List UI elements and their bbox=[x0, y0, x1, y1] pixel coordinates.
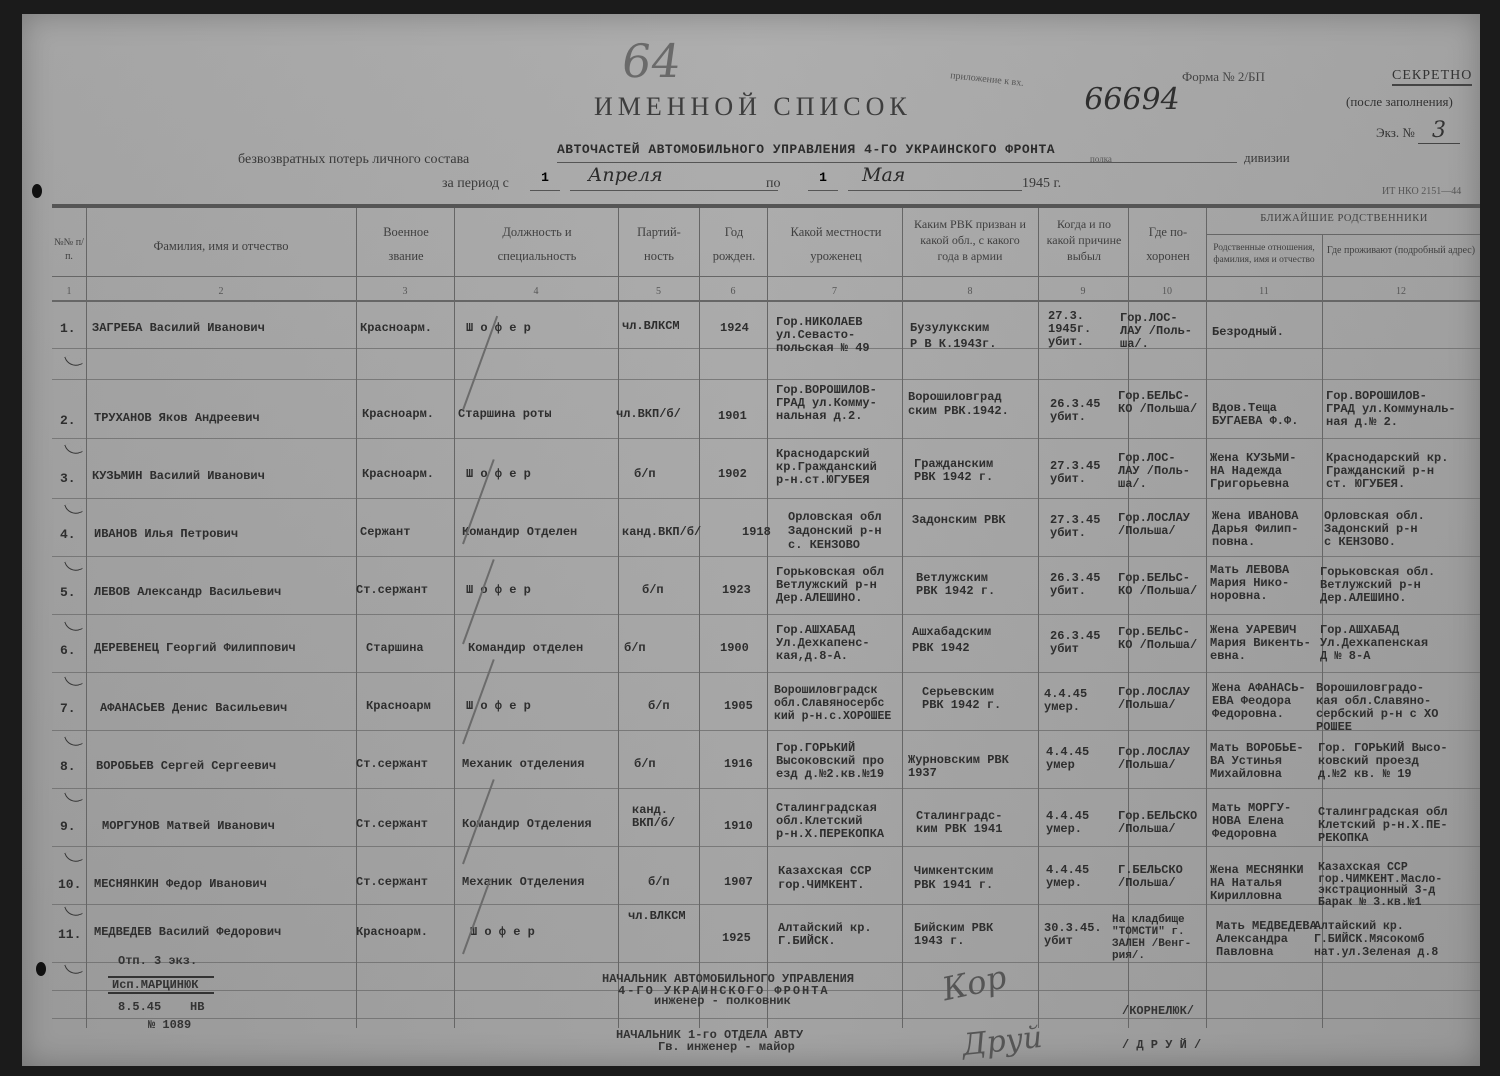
row-rule bbox=[52, 904, 1480, 905]
row-party: чл.ВЛКСМ bbox=[628, 910, 686, 923]
row-relatives: Безродный. bbox=[1212, 326, 1284, 339]
row-rank: Красноарм bbox=[366, 700, 431, 713]
row-when-why: 4.4.45 умер. bbox=[1046, 864, 1089, 890]
row-name: МЕСНЯНКИН Федор Иванович bbox=[94, 878, 267, 891]
date-initials: 8.5.45 НВ bbox=[118, 1000, 204, 1014]
unit-name: АВТОЧАСТЕЙ АВТОМОБИЛЬНОГО УПРАВЛЕНИЯ 4-Г… bbox=[557, 142, 1237, 163]
row-when-why: 30.3.45. убит bbox=[1044, 922, 1102, 948]
copies-note: Отп. 3 экз. bbox=[118, 954, 197, 968]
copy-label: Экз. № bbox=[1376, 125, 1415, 140]
header-relatives-group: БЛИЖАЙШИЕ РОДСТВЕННИКИ bbox=[1208, 212, 1480, 226]
row-rule bbox=[52, 348, 1480, 349]
row-birth-year: 1923 bbox=[722, 584, 751, 597]
checkmark-icon bbox=[64, 500, 83, 517]
header-address: Где проживают (подробный адрес) bbox=[1326, 244, 1476, 258]
header-when-why: Когда и по какой причине выбыл bbox=[1044, 216, 1124, 264]
row-rule bbox=[52, 846, 1480, 847]
executor-note: Исп.МАРЦИНЮК bbox=[108, 976, 214, 994]
row-name: ДЕРЕВЕНЕЦ Георгий Филиппович bbox=[94, 642, 296, 655]
row-rvk: Серьевским РВК 1942 г. bbox=[922, 686, 1001, 712]
row-name: МЕДВЕДЕВ Василий Федорович bbox=[94, 926, 281, 939]
column-number: 8 bbox=[902, 286, 1038, 297]
row-relatives: Мать МЕДВЕДЕВА Александра Павловна bbox=[1216, 920, 1317, 959]
row-address: Сталинградская обл Клетский р-н.Х.ПЕ- РЕ… bbox=[1318, 806, 1448, 845]
row-birth-year: 1924 bbox=[720, 322, 749, 335]
document-page: 64 ИМЕННОЙ СПИСОК приложение к вх. 66694… bbox=[22, 14, 1480, 1066]
row-when-why: 26.3.45 убит. bbox=[1050, 398, 1100, 424]
row-rank: Красноарм. bbox=[362, 408, 434, 421]
header-rank: Военное звание bbox=[368, 220, 444, 268]
row-buried: Гор.БЕЛЬС- КО /Польша/ bbox=[1118, 390, 1197, 416]
punch-hole bbox=[36, 962, 46, 976]
row-birth-year: 1907 bbox=[724, 876, 753, 889]
row-number: 2. bbox=[60, 414, 76, 427]
row-relatives: Жена УАРЕВИЧ Мария Викенть- евна. bbox=[1210, 624, 1311, 663]
row-number: 4. bbox=[60, 528, 76, 541]
row-birth-year: 1905 bbox=[724, 700, 753, 713]
column-number: 9 bbox=[1038, 286, 1128, 297]
column-divider bbox=[902, 208, 903, 1028]
checkmark-icon bbox=[64, 440, 83, 457]
column-number: 1 bbox=[52, 286, 86, 297]
row-when-why: 26.3.45 убит bbox=[1050, 630, 1100, 656]
period-from-day: 1 bbox=[530, 170, 560, 191]
period-year-suffix: г. bbox=[1054, 176, 1062, 191]
checkmark-icon bbox=[64, 732, 83, 749]
column-number: 11 bbox=[1206, 286, 1322, 297]
column-number: 6 bbox=[699, 286, 767, 297]
row-birthplace: Гор.АШХАБАД Ул.Дехкапенс- кая,д.8-А. bbox=[776, 624, 870, 663]
period-to-label: по bbox=[766, 176, 781, 192]
period-label: за период с bbox=[442, 176, 509, 192]
secrecy-note: (после заполнения) bbox=[1346, 94, 1453, 110]
row-birth-year: 1901 bbox=[718, 410, 747, 423]
row-address: Орловская обл. Задонский р-н с КЕНЗОВО. bbox=[1324, 510, 1425, 549]
signer1-name: /КОРНЕЛЮК/ bbox=[1122, 1004, 1194, 1018]
header-num: №№ п/п. bbox=[52, 236, 86, 264]
row-party: б/п bbox=[624, 642, 646, 655]
row-name: ЛЕВОВ Александр Васильевич bbox=[94, 586, 281, 599]
checkmark-icon bbox=[64, 617, 83, 634]
signer1-rank: инженер - полковник bbox=[654, 994, 791, 1008]
row-birthplace: Ворошиловградск обл.Славяносербс кий р-н… bbox=[774, 684, 891, 723]
column-number: 10 bbox=[1128, 286, 1206, 297]
signer2-name: / Д Р У Й / bbox=[1122, 1038, 1201, 1052]
row-rule bbox=[52, 788, 1480, 789]
pencil-tick-icon bbox=[462, 559, 495, 644]
row-relatives: Жена АФАНАСЬ- ЕВА Феодора Федоровна. bbox=[1212, 682, 1306, 721]
form-code: ИТ НКО 2151—44 bbox=[1382, 186, 1461, 197]
row-relatives: Мать МОРГУ- НОВА Елена Федоровна bbox=[1212, 802, 1291, 841]
pencil-tick-icon bbox=[462, 878, 491, 954]
row-relatives: Мать ВОРОБЬЕ- ВА Устинья Михайловна bbox=[1210, 742, 1304, 781]
checkmark-icon bbox=[64, 848, 83, 865]
row-birthplace: Гор.НИКОЛАЕВ ул.Севасто- польская № 49 bbox=[776, 316, 870, 355]
row-relatives: Мать ЛЕВОВА Мария Нико- норовна. bbox=[1210, 564, 1289, 603]
row-buried: Гор.ЛОСЛАУ /Польша/ bbox=[1118, 686, 1190, 712]
row-address: Ворошиловградо- кая обл.Славяно- сербски… bbox=[1316, 682, 1438, 734]
row-rank: Ст.сержант bbox=[356, 758, 428, 771]
row-birth-year: 1925 bbox=[722, 932, 751, 945]
row-name: ИВАНОВ Илья Петрович bbox=[94, 528, 238, 541]
row-position: Механик Отделения bbox=[462, 876, 584, 889]
row-rank: Ст.сержант bbox=[356, 584, 428, 597]
column-divider bbox=[1038, 208, 1039, 1028]
row-name: ЗАГРЕБА Василий Иванович bbox=[92, 322, 265, 335]
row-birthplace: Горьковская обл Ветлужский р-н Дер.АЛЕШИ… bbox=[776, 566, 884, 605]
punch-hole bbox=[32, 184, 42, 198]
header-relatives: Родственные отношения, фамилия, имя и от… bbox=[1210, 242, 1318, 266]
row-position: Командир Отделен bbox=[462, 526, 577, 539]
row-when-why: 27.3.45 убит. bbox=[1050, 460, 1100, 486]
row-address: Гор.АШХАБАД Ул.Дехкапенская Д № 8-А bbox=[1320, 624, 1428, 663]
column-number: 7 bbox=[767, 286, 902, 297]
row-rank: Красноарм. bbox=[362, 468, 434, 481]
row-position: Ш о ф е р bbox=[466, 322, 531, 335]
division-label: дивизии bbox=[1244, 150, 1290, 166]
incoming-number: 66694 bbox=[1081, 82, 1183, 117]
signature-2: Друй bbox=[960, 1020, 1044, 1063]
copy-number: 3 bbox=[1418, 118, 1460, 144]
copy-number-field: Экз. № 3 bbox=[1376, 118, 1460, 143]
row-rule bbox=[52, 962, 1480, 963]
row-rvk: Чимкентским РВК 1941 г. bbox=[914, 864, 993, 892]
column-number: 5 bbox=[618, 286, 699, 297]
row-when-why: 26.3.45 убит. bbox=[1050, 572, 1100, 598]
incoming-stamp: приложение к вх. bbox=[950, 70, 1025, 89]
header-group-rule bbox=[1206, 234, 1480, 235]
checkmark-icon bbox=[64, 557, 83, 574]
row-name: КУЗЬМИН Василий Иванович bbox=[92, 470, 265, 483]
checkmark-icon bbox=[64, 352, 83, 369]
row-rvk: Журновским РВК 1937 bbox=[908, 754, 1009, 780]
row-buried: Гор.БЕЛЬС- КО /Польша/ bbox=[1118, 626, 1197, 652]
row-address: Казахская ССР гор.ЧИМКЕНТ.Масло- экстрац… bbox=[1318, 862, 1442, 908]
row-number: 7. bbox=[60, 702, 76, 715]
row-party: чл.ВЛКСМ bbox=[622, 320, 680, 333]
column-number: 2 bbox=[86, 286, 356, 297]
row-birthplace: Гор.ГОРЬКИЙ Высоковский про езд д.№2.кв.… bbox=[776, 742, 884, 781]
row-name: МОРГУНОВ Матвей Иванович bbox=[102, 820, 275, 833]
row-relatives: Жена КУЗЬМИ- НА Надежда Григорьевна bbox=[1210, 452, 1296, 491]
row-party: б/п bbox=[634, 468, 656, 481]
column-number: 12 bbox=[1322, 286, 1480, 297]
row-position: Старшина роты bbox=[458, 408, 552, 421]
row-birthplace: Алтайский кр. Г.БИЙСК. bbox=[778, 922, 872, 948]
row-buried: Гор.БЕЛЬСКО /Польша/ bbox=[1118, 810, 1197, 836]
header-birthplace: Какой местности уроженец bbox=[774, 220, 898, 268]
row-number: 6. bbox=[60, 644, 76, 657]
row-address: Гор.ВОРОШИЛОВ- ГРАД ул.Коммуналь- ная д.… bbox=[1326, 390, 1456, 429]
row-rank: Ст.сержант bbox=[356, 876, 428, 889]
row-birth-year: 1918 bbox=[742, 526, 771, 539]
row-birthplace: Казахская ССР гор.ЧИМКЕНТ. bbox=[778, 864, 872, 892]
row-name: ВОРОБЬЕВ Сергей Сергеевич bbox=[96, 760, 276, 773]
row-buried: Гор.ЛОСЛАУ /Польша/ bbox=[1118, 746, 1190, 772]
row-number: 1. bbox=[60, 322, 76, 335]
row-birth-year: 1916 bbox=[724, 758, 753, 771]
row-number: 9. bbox=[60, 820, 76, 833]
row-relatives: Жена МЕСНЯНКИ НА Наталья Кирилловна bbox=[1210, 864, 1304, 903]
row-when-why: 4.4.45 умер bbox=[1046, 746, 1089, 772]
row-rule bbox=[52, 498, 1480, 499]
header-buried: Где по-хоронен bbox=[1134, 220, 1202, 268]
row-party: чл.ВКП/б/ bbox=[616, 408, 681, 421]
period-year-value: 1945 bbox=[1022, 176, 1050, 191]
row-rule bbox=[52, 556, 1480, 557]
row-relatives: Вдов.Теща БУГАЕВА Ф.Ф. bbox=[1212, 402, 1298, 428]
row-rvk: Бузулукским Р В К.1943г. bbox=[910, 320, 996, 352]
column-divider bbox=[1206, 208, 1207, 1028]
row-buried: На кладбище "ТОМСТИ" г. ЗАЛЕН /Венг- рия… bbox=[1112, 914, 1191, 962]
row-name: АФАНАСЬЕВ Денис Васильевич bbox=[100, 702, 287, 715]
row-rank: Ст.сержант bbox=[356, 818, 428, 831]
row-number: 5. bbox=[60, 586, 76, 599]
row-rule bbox=[52, 1018, 1480, 1019]
signature-1: Кор bbox=[939, 958, 1010, 1009]
header-bottom-rule bbox=[52, 276, 1480, 277]
row-position: Ш о ф е р bbox=[470, 926, 535, 939]
row-buried: Гор.ЛОС- ЛАУ /Поль- ша/. bbox=[1118, 452, 1190, 491]
row-buried: Гор.ЛОСЛАУ /Польша/ bbox=[1118, 512, 1190, 538]
row-number: 10. bbox=[58, 878, 81, 891]
row-party: б/п bbox=[648, 876, 670, 889]
row-position: Ш о ф е р bbox=[466, 584, 531, 597]
row-party: б/п bbox=[642, 584, 664, 597]
header-double-rule bbox=[52, 300, 1480, 302]
period-to-month: Мая bbox=[848, 164, 1022, 191]
checkmark-icon bbox=[64, 788, 83, 805]
row-rule bbox=[52, 730, 1480, 731]
column-divider bbox=[356, 208, 357, 1028]
column-divider bbox=[454, 208, 455, 1028]
losses-label: безвозвратных потерь личного состава bbox=[238, 152, 469, 168]
row-buried: Гор.ЛОС- ЛАУ /Поль- ша/. bbox=[1120, 312, 1192, 351]
row-rvk: Сталинградс- ким РВК 1941 bbox=[916, 810, 1002, 836]
column-divider bbox=[86, 208, 87, 1028]
column-divider bbox=[699, 208, 700, 1028]
row-birthplace: Сталинградская обл.Клетский р-н.Х.ПЕРЕКО… bbox=[776, 802, 884, 841]
form-number: Форма № 2/БП bbox=[1182, 69, 1265, 85]
row-when-why: 27.3. 1945г. убит. bbox=[1048, 310, 1091, 349]
row-when-why: 4.4.45 умер. bbox=[1044, 688, 1087, 714]
polka-label: полка bbox=[1090, 154, 1112, 164]
row-birthplace: Гор.ВОРОШИЛОВ- ГРАД ул.Комму- нальная д.… bbox=[776, 384, 877, 423]
row-rvk: Ашхабадским РВК 1942 bbox=[912, 624, 991, 656]
row-party: б/п bbox=[648, 700, 670, 713]
row-rule bbox=[52, 379, 1480, 380]
row-number: 11. bbox=[58, 928, 81, 941]
archive-page-number: 64 bbox=[618, 34, 684, 88]
row-rank: Красноарм. bbox=[360, 322, 432, 335]
row-when-why: 27.3.45 убит. bbox=[1050, 514, 1100, 540]
row-buried: Гор.БЕЛЬС- КО /Польша/ bbox=[1118, 572, 1197, 598]
row-number: 3. bbox=[60, 472, 76, 485]
row-birth-year: 1910 bbox=[724, 820, 753, 833]
row-position: Механик отделения bbox=[462, 758, 584, 771]
period-year: 1945 г. bbox=[1022, 176, 1061, 192]
row-party: канд. ВКП/б/ bbox=[632, 804, 675, 830]
row-relatives: Жена ИВАНОВА Дарья Филип- повна. bbox=[1212, 510, 1298, 549]
row-rvk: Ворошиловград ским РВК.1942. bbox=[908, 390, 1009, 418]
header-rvk: Каким РВК призван и какой обл., с какого… bbox=[908, 216, 1032, 264]
row-rank: Красноарм. bbox=[356, 926, 428, 939]
period-from-month: Апреля bbox=[570, 164, 778, 191]
period-to-day: 1 bbox=[808, 170, 838, 191]
secrecy-mark: СЕКРЕТНО bbox=[1392, 68, 1472, 86]
row-rule bbox=[52, 438, 1480, 439]
row-address: Краснодарский кр. Гражданский р-н ст. ЮГ… bbox=[1326, 452, 1448, 491]
row-birthplace: Орловская обл Задонский р-н с. КЕНЗОВО bbox=[788, 510, 882, 552]
row-birth-year: 1902 bbox=[718, 468, 747, 481]
row-position: Командир отделен bbox=[468, 642, 583, 655]
outgoing-number: № 1089 bbox=[148, 1018, 191, 1032]
row-rvk: Ветлужским РВК 1942 г. bbox=[916, 572, 995, 598]
row-address: Горьковская обл. Ветлужский р-н Дер.АЛЕШ… bbox=[1320, 566, 1435, 605]
row-position: Ш о ф е р bbox=[466, 468, 531, 481]
row-name: ТРУХАНОВ Яков Андреевич bbox=[94, 412, 260, 425]
document-title: ИМЕННОЙ СПИСОК bbox=[594, 92, 912, 122]
header-birth-year: Год рожден. bbox=[706, 220, 762, 268]
row-birth-year: 1900 bbox=[720, 642, 749, 655]
checkmark-icon bbox=[64, 672, 83, 689]
column-divider bbox=[618, 208, 619, 1028]
header-party: Партий-ность bbox=[626, 220, 692, 268]
row-address: Гор. ГОРЬКИЙ Высо- ковский проезд д.№2 к… bbox=[1318, 742, 1448, 781]
row-rank: Сержант bbox=[360, 526, 410, 539]
row-address: Алтайский кр. Г.БИЙСК.Мясокомб нат.ул.Зе… bbox=[1314, 920, 1438, 959]
row-party: канд.ВКП/б/ bbox=[622, 526, 701, 539]
row-when-why: 4.4.45 умер. bbox=[1046, 810, 1089, 836]
row-rank: Старшина bbox=[366, 642, 424, 655]
header-position: Должность и специальность bbox=[472, 220, 602, 268]
row-rule bbox=[52, 614, 1480, 615]
row-position: Командир Отделения bbox=[462, 818, 592, 831]
row-rvk: Задонским РВК bbox=[912, 514, 1006, 527]
row-rvk: Бийским РВК 1943 г. bbox=[914, 922, 993, 948]
row-number: 8. bbox=[60, 760, 76, 773]
column-number: 3 bbox=[356, 286, 454, 297]
row-rule bbox=[52, 672, 1480, 673]
row-party: б/п bbox=[634, 758, 656, 771]
header-name: Фамилия, имя и отчество bbox=[86, 234, 356, 258]
signer2-rank: Гв. инженер - майор bbox=[658, 1040, 795, 1054]
column-number: 4 bbox=[454, 286, 618, 297]
column-divider bbox=[767, 208, 768, 1028]
row-rvk: Гражданским РВК 1942 г. bbox=[914, 458, 993, 484]
row-buried: Г.БЕЛЬСКО /Польша/ bbox=[1118, 864, 1183, 890]
table-top-rule bbox=[52, 204, 1480, 208]
row-birthplace: Краснодарский кр.Гражданский р-н.ст.ЮГУБ… bbox=[776, 448, 877, 487]
